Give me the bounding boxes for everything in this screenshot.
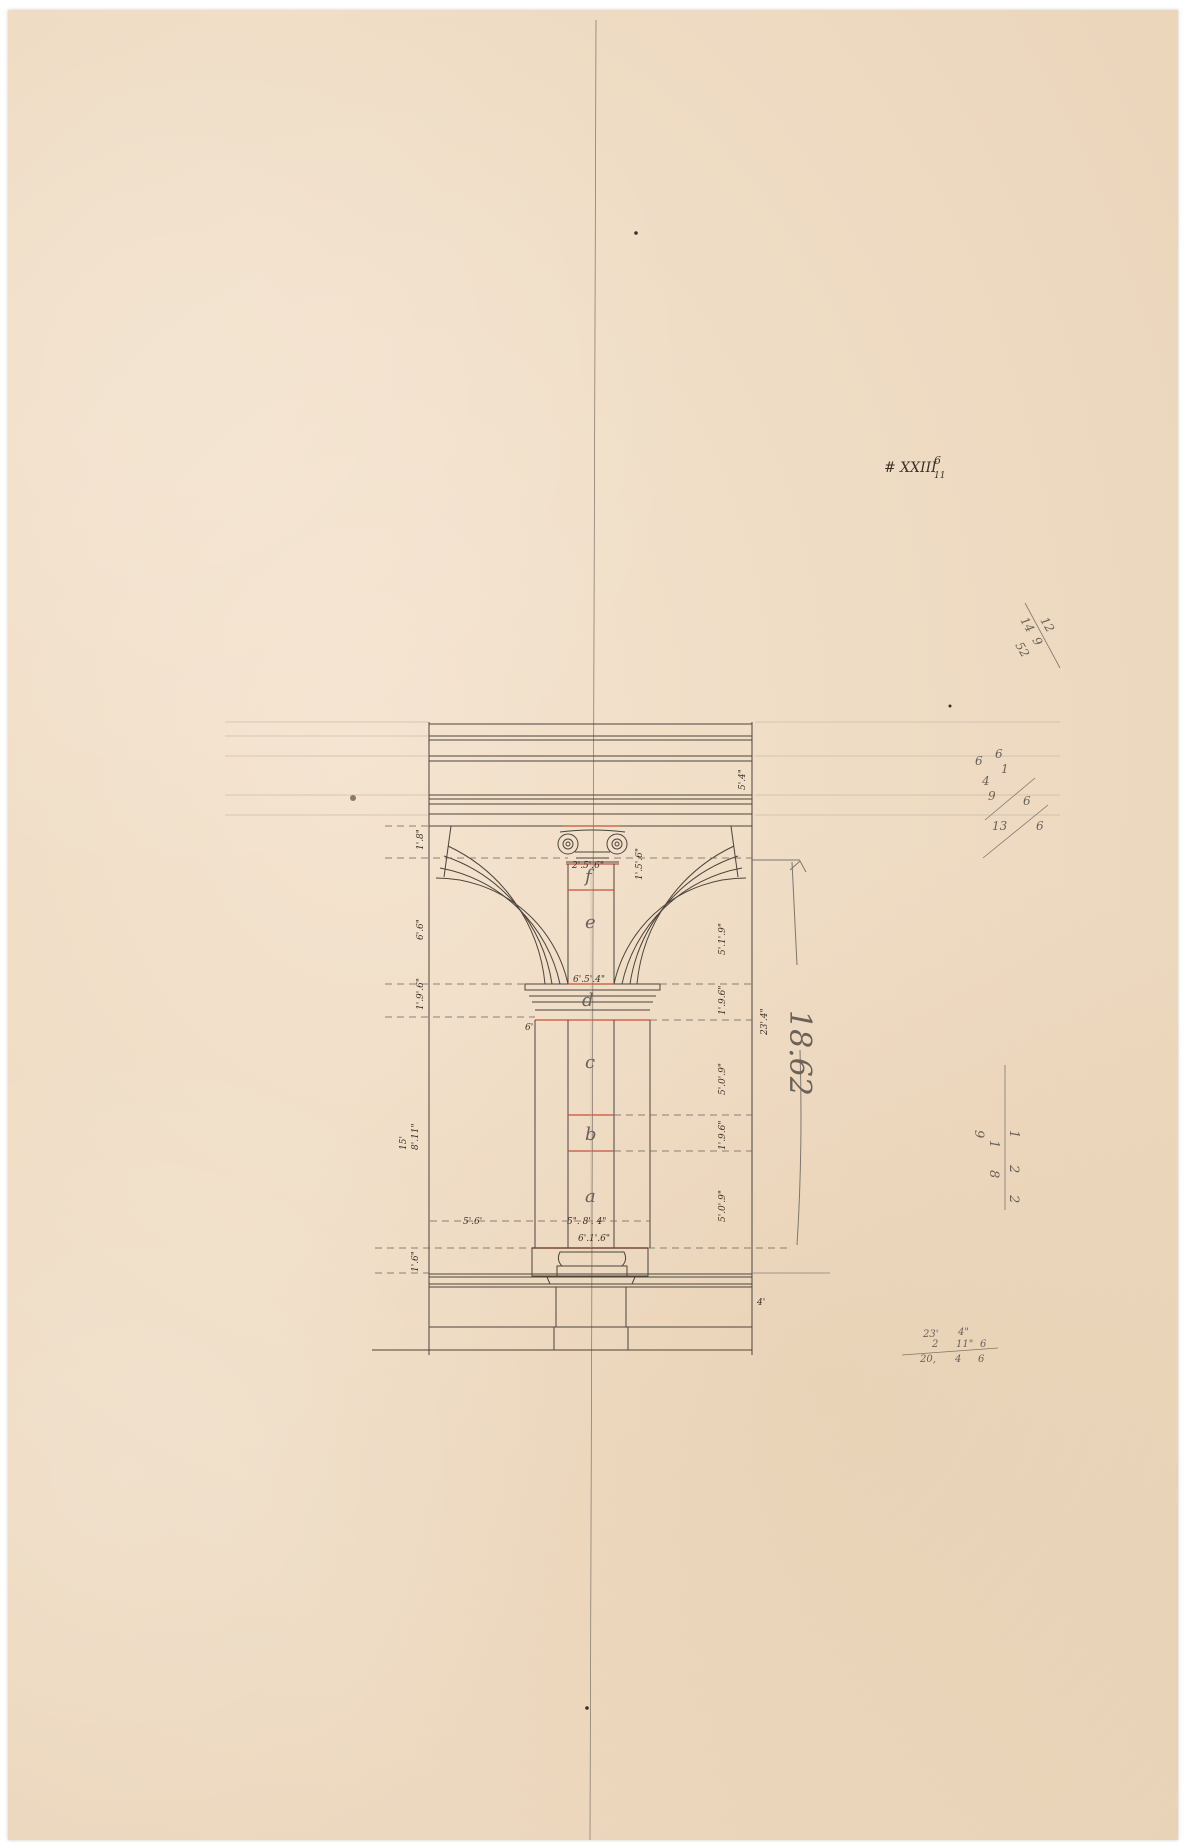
dim-base-left: 1'.6" (411, 1251, 421, 1272)
ionic-capital (558, 830, 627, 862)
dim-base-diameter: 6'.1'.6" (578, 1234, 610, 1244)
catalog-mark: # XXIII 6 11 (884, 454, 945, 481)
svg-text:9: 9 (1029, 635, 1045, 649)
dim-capital-right: 1'.5'.6" (635, 848, 645, 880)
architectural-drawing: f e d c b a 5'.4" 1'.8" 6'.6" 1'.9'.6" 1… (0, 0, 1186, 1845)
dim-column-height-left-2: 8'.11" (411, 1123, 421, 1150)
svg-text:8: 8 (986, 1170, 1001, 1178)
svg-text:1: 1 (986, 1140, 1001, 1148)
dim-impost-right: 1'.9.6" (718, 985, 728, 1015)
svg-text:4: 4 (981, 774, 990, 788)
pencil-calc-right-2: 9 1 8 1 2 2 (971, 1065, 1021, 1210)
dim-column-diameter: 5". 8'. 4" (567, 1217, 606, 1227)
svg-text:9: 9 (971, 1130, 986, 1138)
svg-text:4: 4 (954, 1354, 961, 1365)
svg-text:2: 2 (1006, 1194, 1021, 1203)
svg-text:6: 6 (980, 1339, 987, 1350)
right-arch (614, 826, 746, 984)
svg-text:1: 1 (1001, 762, 1009, 776)
svg-text:9: 9 (988, 789, 996, 803)
svg-text:2: 2 (1006, 1164, 1021, 1173)
dim-capital-width: 6'.5'.4" (573, 975, 605, 985)
pencil-calc-bottom-right: 23' 4" 2 11" 6 20, 4 6 (902, 1327, 998, 1365)
svg-text:6: 6 (975, 754, 983, 768)
dim-pedestal: 4' (756, 1298, 765, 1308)
svg-text:6: 6 (934, 454, 941, 467)
section-label-d: d (582, 990, 594, 1011)
dim-arch-height-left: 6'.6" (416, 919, 426, 940)
svg-text:11": 11" (956, 1339, 973, 1350)
dim-impost-left: 1'.9'.6" (416, 978, 426, 1010)
dim-shaft-c-right: 5'.0'.9" (718, 1063, 728, 1095)
svg-text:4": 4" (957, 1327, 969, 1338)
svg-text:20,: 20, (919, 1354, 936, 1365)
svg-text:# XXIII: # XXIII (884, 460, 937, 476)
svg-text:2: 2 (931, 1339, 938, 1350)
column-base (532, 1248, 648, 1276)
svg-text:6: 6 (995, 747, 1003, 761)
section-label-c: c (585, 1052, 595, 1073)
svg-text:14: 14 (1017, 615, 1037, 635)
dim-arch-top-left: 1'.8" (416, 829, 426, 850)
svg-text:1: 1 (1006, 1130, 1021, 1138)
svg-text:13: 13 (992, 819, 1008, 833)
section-label-a: a (585, 1186, 596, 1207)
section-label-e: e (585, 912, 596, 933)
dim-shaft-b-right: 1'.9.6" (718, 1120, 728, 1150)
dim-capital-top: 2'.5'.6" (571, 861, 604, 871)
svg-text:11: 11 (934, 471, 945, 481)
section-label-b: b (585, 1124, 597, 1145)
pencil-calc-right-1: 6 6 1 4 9 6 13 6 (975, 747, 1048, 858)
dim-span-left: 5'.6' (463, 1217, 482, 1227)
dim-total-right: 23'.4" (760, 1008, 770, 1036)
svg-text:6: 6 (1023, 794, 1031, 808)
left-arch (436, 826, 568, 984)
svg-text:6: 6 (978, 1354, 985, 1365)
dim-column-height-left-1: 15' (399, 1136, 409, 1150)
dim-arch-height-right: 5'.1'.9" (718, 923, 728, 955)
dim-entablature: 5'.4" (738, 769, 748, 790)
svg-text:52: 52 (1012, 640, 1032, 660)
dim-abacus-width: 6' (525, 1023, 533, 1033)
svg-text:6: 6 (1036, 819, 1044, 833)
pencil-calc-top-right: 12 9 14 52 (1012, 603, 1060, 668)
dim-shaft-a-right: 5'.0'.9" (718, 1190, 728, 1222)
total-height-label: 18.62 (782, 1010, 817, 1096)
